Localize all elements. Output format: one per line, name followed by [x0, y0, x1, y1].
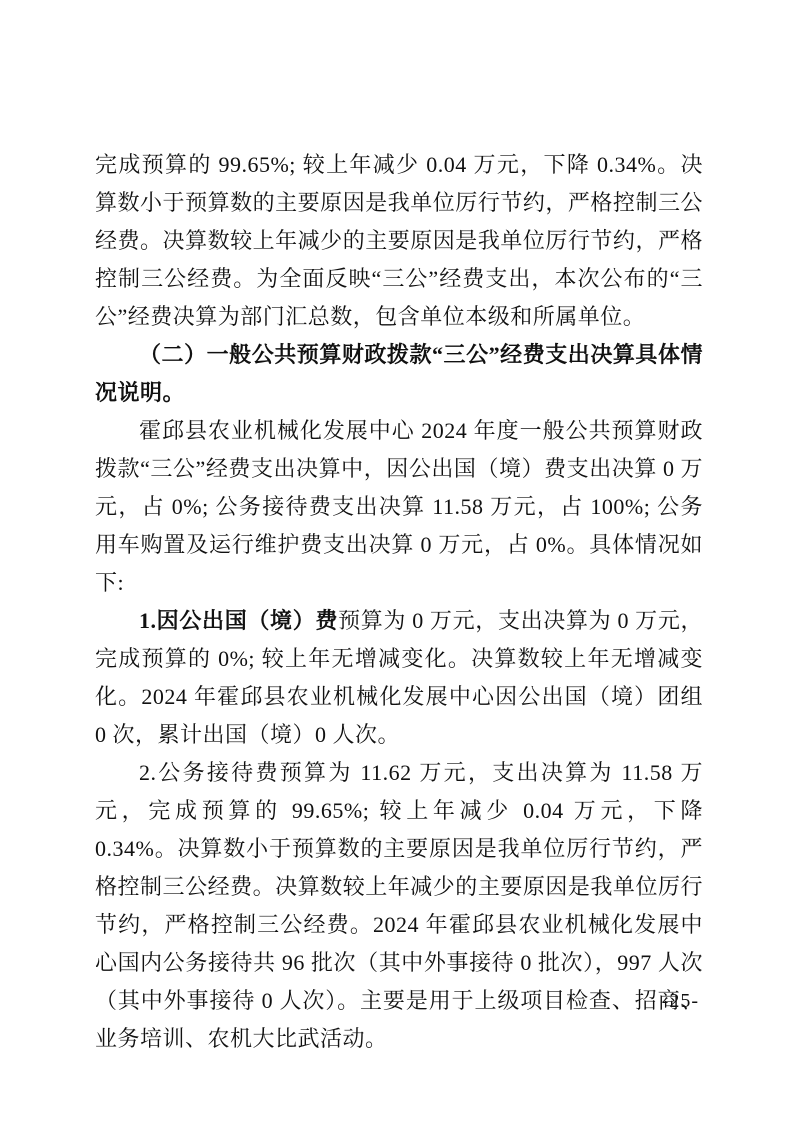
page-number: -25-: [662, 990, 699, 1012]
section-heading: （二）一般公共预算财政拨款“三公”经费支出决算具体情况说明。: [95, 336, 703, 412]
paragraph-item1-lead: 1.因公出国（境）费: [139, 608, 338, 633]
document-page: 完成预算的 99.65%; 较上年减少 0.04 万元，下降 0.34%。决算数…: [0, 0, 793, 1122]
paragraph-item2: 2.公务接待费预算为 11.62 万元，支出决算为 11.58 万元，完成预算的…: [95, 754, 703, 1058]
document-body: 完成预算的 99.65%; 较上年减少 0.04 万元，下降 0.34%。决算数…: [95, 146, 703, 1058]
paragraph-continuation: 完成预算的 99.65%; 较上年减少 0.04 万元，下降 0.34%。决算数…: [95, 146, 703, 336]
paragraph-item1: 1.因公出国（境）费预算为 0 万元，支出决算为 0 万元，完成预算的 0%; …: [95, 602, 703, 754]
paragraph-overview: 霍邱县农业机械化发展中心 2024 年度一般公共预算财政拨款“三公”经费支出决算…: [95, 412, 703, 602]
